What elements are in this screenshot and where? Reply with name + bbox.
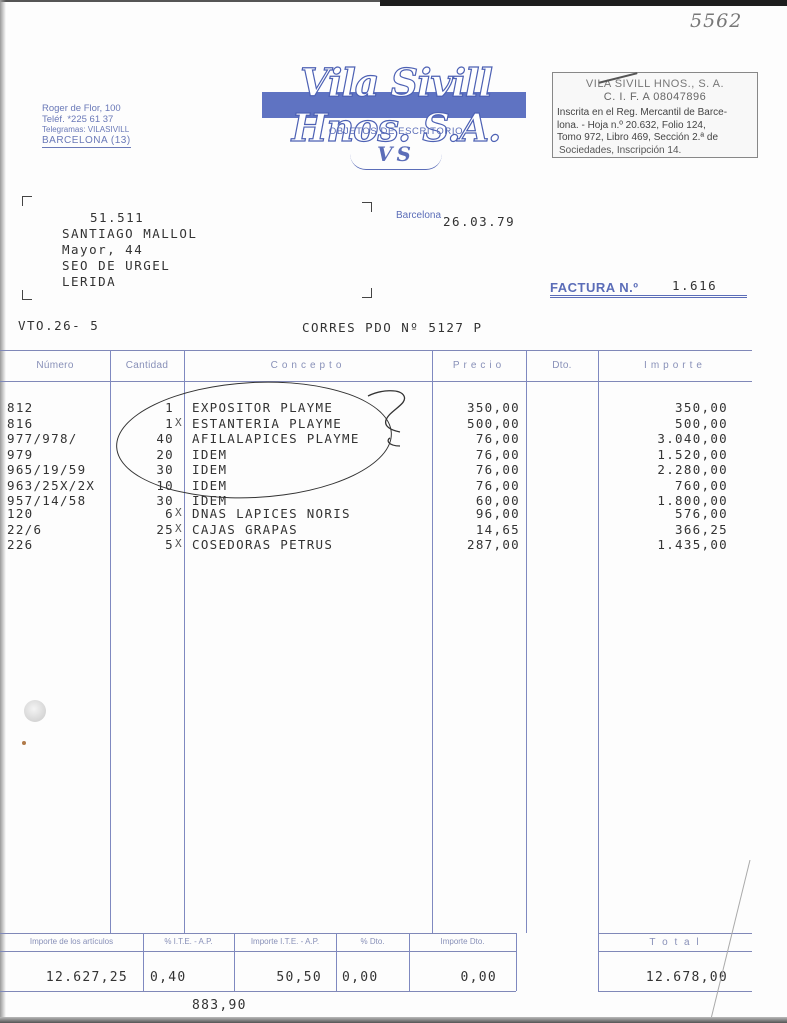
item-importe: 2.280,00 (600, 462, 728, 477)
invoice-page: 5562 Roger de Flor, 100 Teléf. *225 61 3… (0, 0, 787, 1023)
item-cantidad: 25 (110, 522, 174, 537)
item-precio: 76,00 (432, 462, 520, 477)
label-pct-ite: % I.T.E. - A.P. (143, 937, 234, 946)
item-precio: 350,00 (432, 400, 520, 415)
window-corner-top-right (362, 202, 372, 212)
handwritten-reference: 5562 (690, 10, 742, 32)
address-street: Roger de Flor, 100 (42, 104, 131, 115)
company-address: Roger de Flor, 100 Teléf. *225 61 37 Tel… (42, 104, 131, 148)
due-date: VTO.26- 5 (18, 318, 99, 333)
handwritten-squiggle (360, 388, 420, 448)
check-mark: X (175, 537, 183, 550)
item-importe: 1.520,00 (600, 447, 728, 462)
scan-edge-top-left (0, 0, 380, 2)
item-numero: 816 (7, 416, 33, 431)
recipient-block: 51.511 SANTIAGO MALLOL Mayor, 44 SEO DE … (62, 210, 197, 290)
stamp-company: VILA SIVILL HNOS., S. A. (553, 78, 757, 90)
col-header-dto: Dto. (526, 360, 598, 371)
col-header-numero: Número (0, 360, 110, 371)
stamp-registry-1: Inscrita en el Reg. Mercantil de Barce- (557, 107, 761, 118)
footer-top-rule (0, 933, 516, 934)
value-importe-ite: 50,50 (234, 970, 322, 985)
col-header-concepto: Concepto (184, 360, 432, 371)
invoice-date: 26.03.79 (443, 214, 515, 229)
address-telegram: Telegramas: VILASIVILL (42, 125, 131, 136)
item-cantidad: 6 (110, 506, 174, 521)
address-phone: Teléf. *225 61 37 (42, 115, 131, 126)
check-mark: X (175, 522, 183, 535)
col-header-importe: Importe (598, 360, 752, 371)
item-numero: 965/19/59 (7, 462, 86, 477)
table-row: 963/25X/2X 10 IDEM 76,00 760,00 (0, 478, 787, 494)
item-concepto: DNAS LAPICES NORIS (192, 506, 351, 521)
table-row: 965/19/59 30 IDEM 76,00 2.280,00 (0, 462, 787, 478)
item-importe: 366,25 (600, 522, 728, 537)
company-tagline: OBJETOS DE ESCRITORIO (258, 126, 534, 137)
window-corner-bottom-right (362, 288, 372, 298)
item-precio: 76,00 (432, 431, 520, 446)
table-header-top-rule (0, 350, 752, 351)
item-importe: 350,00 (600, 400, 728, 415)
hole-punch (24, 700, 46, 722)
item-numero: 812 (7, 400, 33, 415)
handwritten-note: 883,90 (192, 998, 247, 1013)
item-numero: 979 (7, 447, 33, 462)
scan-edge-top (380, 0, 787, 6)
label-importe-ite: Importe I.T.E. - A.P. (234, 937, 336, 946)
table-row: 22/6 25 X CAJAS GRAPAS 14,65 366,25 (0, 522, 787, 538)
company-logo: Vila Sivill Hnos. S.A. (258, 52, 534, 124)
item-numero: 963/25X/2X (7, 478, 95, 493)
item-concepto: CAJAS GRAPAS (192, 522, 298, 537)
invoice-number-label: FACTURA N.º (550, 280, 638, 295)
item-numero: 120 (7, 506, 33, 521)
item-precio: 14,65 (432, 522, 520, 537)
footer-bottom-rule (0, 991, 516, 992)
registry-stamp: VILA SIVILL HNOS., S. A. C. I. F. A 0804… (552, 72, 758, 158)
torn-corner (690, 860, 787, 1023)
customer-province: LERIDA (62, 274, 197, 290)
value-importe-dto: 0,00 (409, 970, 497, 985)
table-row: 957/14/58 30 IDEM 60,00 1.800,00 (0, 493, 787, 506)
footer-mid-rule (0, 951, 516, 952)
item-precio: 500,00 (432, 416, 520, 431)
item-numero: 226 (7, 537, 33, 552)
label-pct-dto: % Dto. (336, 937, 409, 946)
customer-town: SEO DE URGEL (62, 258, 197, 274)
item-precio: 287,00 (432, 537, 520, 552)
invoice-number-underline (550, 295, 747, 298)
stamp-registry-2: lona. - Hoja n.º 20.632, Folio 124, (557, 120, 761, 131)
vs-monogram: VS (350, 142, 442, 170)
item-importe: 576,00 (600, 506, 728, 521)
value-pct-ite: 0,40 (150, 970, 187, 985)
invoice-number: 1.616 (672, 278, 717, 293)
item-precio: 76,00 (432, 478, 520, 493)
item-precio: 96,00 (432, 506, 520, 521)
scan-edge-bottom (0, 1017, 787, 1023)
item-importe: 500,00 (600, 416, 728, 431)
item-numero: 22/6 (7, 522, 42, 537)
window-corner-bottom-left (22, 290, 32, 300)
footer-divider (516, 933, 517, 991)
item-importe: 760,00 (600, 478, 728, 493)
window-corner-top-left (22, 196, 32, 206)
item-concepto: COSEDORAS PETRUS (192, 537, 333, 552)
item-cantidad: 5 (110, 537, 174, 552)
label-importe-articulos: Importe de los artículos (0, 937, 143, 946)
value-pct-dto: 0,00 (342, 970, 379, 985)
item-precio: 76,00 (432, 447, 520, 462)
table-row: 120 6 X DNAS LAPICES NORIS 96,00 576,00 (0, 506, 787, 522)
table-header-bottom-rule (0, 381, 752, 382)
correspondence-ref: CORRES PDO Nº 5127 P (302, 320, 483, 335)
table-row: 226 5 X COSEDORAS PETRUS 287,00 1.435,00 (0, 537, 787, 553)
customer-street: Mayor, 44 (62, 242, 197, 258)
date-label: Barcelona (396, 210, 441, 221)
stain-dot (22, 741, 26, 745)
item-importe: 1.435,00 (600, 537, 728, 552)
customer-code: 51.511 (62, 210, 197, 226)
address-city: BARCELONA (13) (42, 136, 131, 149)
item-importe: 3.040,00 (600, 431, 728, 446)
col-header-cantidad: Cantidad (110, 360, 184, 371)
label-importe-dto: Importe Dto. (409, 937, 516, 946)
customer-name: SANTIAGO MALLOL (62, 226, 197, 242)
stamp-cif: C. I. F. A 08047896 (553, 91, 757, 103)
col-header-precio: Precio (432, 360, 526, 371)
value-importe-articulos: 12.627,25 (0, 970, 128, 985)
stamp-registry-4: Sociedades, Inscripción 14. (559, 145, 763, 156)
stamp-registry-3: Tomo 972, Libro 469, Sección 2.ª de (557, 132, 761, 143)
item-numero: 977/978/ (7, 431, 78, 446)
check-mark: X (175, 506, 183, 519)
